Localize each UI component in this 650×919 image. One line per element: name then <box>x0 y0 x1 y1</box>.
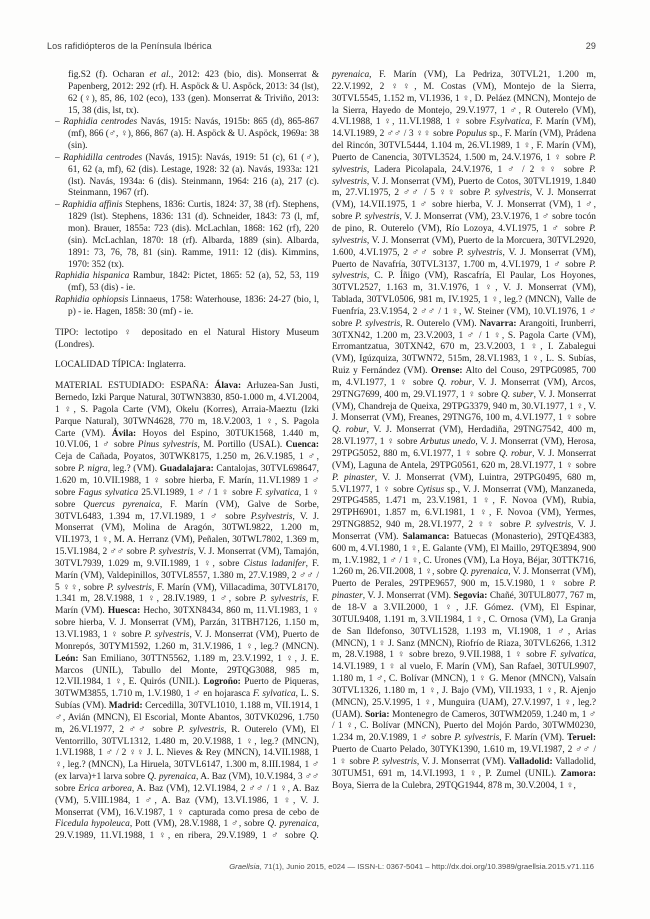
references-continuation: fig.S2 (f). Ocharan et al., 2012: 423 (b… <box>55 70 319 117</box>
running-header: Los rafidiópteros de la Península Ibéric… <box>47 41 596 51</box>
type-paragraph: TIPO: lectotipo ♀ depositado en el Natur… <box>55 328 319 352</box>
synonymy-entry: – Raphidilla centrodes (Navás, 1915): Na… <box>55 153 319 200</box>
synonymy-entry: Raphidia hispanica Rambur, 1842: Pictet,… <box>55 271 319 295</box>
running-title: Los rafidiópteros de la Península Ibéric… <box>47 41 212 51</box>
running-footer: Graellsia, 71(1), Junio 2015, e024 — ISS… <box>55 862 594 871</box>
journal-citation: Graellsia, 71(1), Junio 2015, e024 — ISS… <box>229 862 594 871</box>
synonymy-entry: – Raphidia centrodes Navás, 1915: Navás,… <box>55 117 319 153</box>
synonymy-entry: – Raphidia affinis Stephens, 1836: Curti… <box>55 200 319 271</box>
journal-page: Los rafidiópteros de la Península Ibéric… <box>0 0 650 919</box>
two-column-text-block: fig.S2 (f). Ocharan et al., 2012: 423 (b… <box>55 70 596 851</box>
type-locality-paragraph: LOCALIDAD TÍPICA: Inglaterra. <box>55 360 319 372</box>
page-number: 29 <box>586 41 596 51</box>
synonymy-entry: Raphidia ophiopsis Linnaeus, 1758: Water… <box>55 295 319 319</box>
